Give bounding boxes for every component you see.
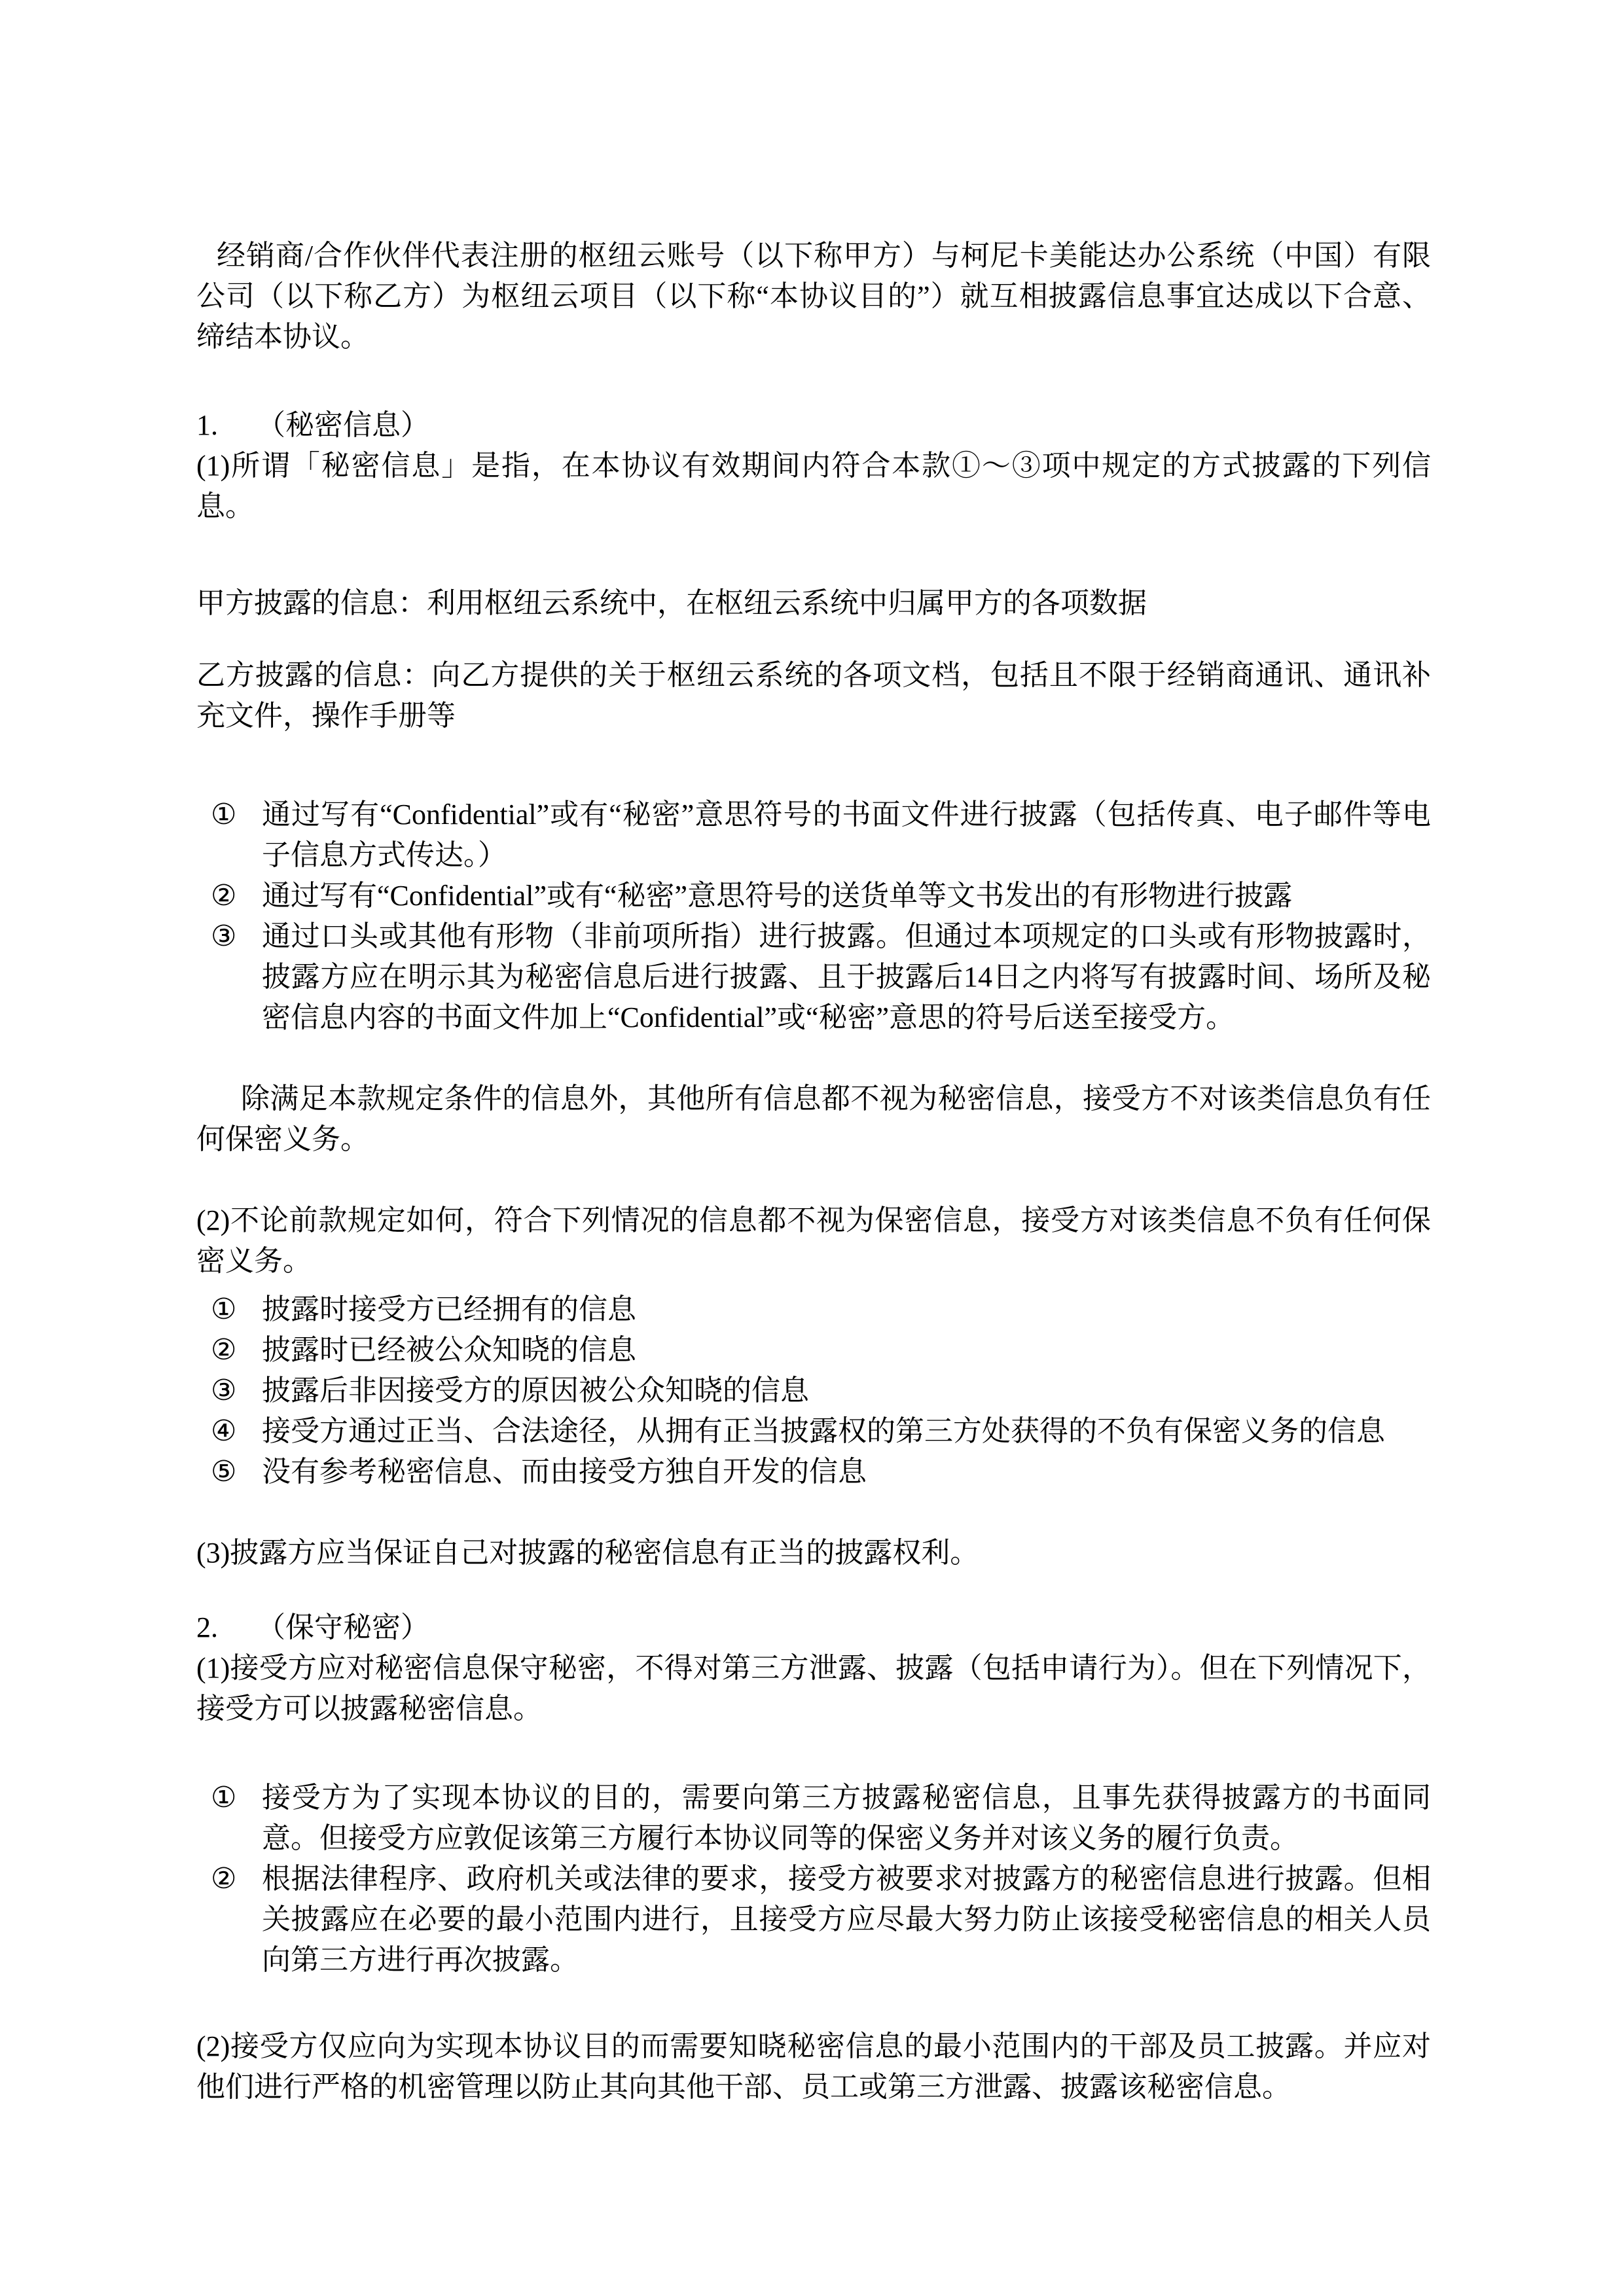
circled-number-marker: ③ [211, 916, 236, 957]
exception-text: 披露时接受方已经拥有的信息 [262, 1293, 636, 1325]
disclosure-method-list: ① 通过写有“Confidential”或有“秘密”意思符号的书面文件进行披露（… [196, 795, 1431, 1038]
exception-item: ③ 披露后非因接受方的原因被公众知晓的信息 [196, 1371, 1431, 1411]
section-1-number: 1. [196, 405, 257, 446]
section-2-number: 2. [196, 1607, 257, 1648]
disclosure-method-text: 通过写有“Confidential”或有“秘密”意思符号的书面文件进行披露（包括… [262, 798, 1431, 871]
party-b-disclosure: 乙方披露的信息：向乙方提供的关于枢纽云系统的各项文档，包括且不限于经销商通讯、通… [196, 655, 1431, 736]
disclosure-method-text: 通过写有“Confidential”或有“秘密”意思符号的送货单等文书发出的有形… [262, 880, 1292, 912]
circled-number-marker: ② [211, 876, 236, 916]
circled-number-marker: ② [211, 1859, 236, 1899]
section-2-title: （保守秘密） [257, 1611, 429, 1643]
permitted-disclosure-text: 根据法律程序、政府机关或法律的要求，接受方被要求对披露方的秘密信息进行披露。但相… [262, 1863, 1431, 1976]
intro-paragraph: 经销商/合作伙伴代表注册的枢纽云账号（以下称甲方）与柯尼卡美能达办公系统（中国）… [196, 236, 1431, 357]
permitted-disclosure-item: ② 根据法律程序、政府机关或法律的要求，接受方被要求对披露方的秘密信息进行披露。… [196, 1859, 1431, 1980]
section-1-title: （秘密信息） [257, 409, 429, 441]
exception-text: 披露时已经被公众知晓的信息 [262, 1334, 636, 1366]
exception-item: ④ 接受方通过正当、合法途径，从拥有正当披露权的第三方处获得的不负有保密义务的信… [196, 1411, 1431, 1452]
permitted-disclosure-item: ① 接受方为了实现本协议的目的，需要向第三方披露秘密信息，且事先获得披露方的书面… [196, 1778, 1431, 1859]
section-1-heading: 1.（秘密信息） [196, 405, 1431, 446]
permitted-disclosure-list: ① 接受方为了实现本协议的目的，需要向第三方披露秘密信息，且事先获得披露方的书面… [196, 1778, 1431, 1980]
clause-1-1: (1)所谓「秘密信息」是指，在本协议有效期间内符合本款①～③项中规定的方式披露的… [196, 446, 1431, 527]
exception-text: 接受方通过正当、合法途径，从拥有正当披露权的第三方处获得的不负有保密义务的信息 [262, 1415, 1385, 1447]
disclosure-method-text: 通过口头或其他有形物（非前项所指）进行披露。但通过本项规定的口头或有形物披露时，… [262, 920, 1431, 1033]
clause-2-1: (1)接受方应对秘密信息保守秘密，不得对第三方泄露、披露（包括申请行为）。但在下… [196, 1648, 1431, 1729]
circled-number-marker: ⑤ [211, 1452, 236, 1492]
circled-number-marker: ① [211, 1778, 236, 1818]
exception-item: ⑤ 没有参考秘密信息、而由接受方独自开发的信息 [196, 1452, 1431, 1492]
exception-item: ① 披露时接受方已经拥有的信息 [196, 1289, 1431, 1330]
exception-text: 没有参考秘密信息、而由接受方独自开发的信息 [262, 1456, 867, 1488]
clause-1-3: (3)披露方应当保证自己对披露的秘密信息有正当的披露权利。 [196, 1533, 1431, 1573]
exception-list: ① 披露时接受方已经拥有的信息 ② 披露时已经被公众知晓的信息 ③ 披露后非因接… [196, 1289, 1431, 1492]
circled-number-marker: ① [211, 1289, 236, 1330]
clause-2-2: (2)接受方仅应向为实现本协议目的而需要知晓秘密信息的最小范围内的干部及员工披露… [196, 2026, 1431, 2107]
circled-number-marker: ③ [211, 1371, 236, 1411]
circled-number-marker: ④ [211, 1411, 236, 1452]
exception-text: 披露后非因接受方的原因被公众知晓的信息 [262, 1374, 809, 1407]
clause-1-2: (2)不论前款规定如何，符合下列情况的信息都不视为保密信息，接受方对该类信息不负… [196, 1200, 1431, 1281]
disclosure-method-item: ③ 通过口头或其他有形物（非前项所指）进行披露。但通过本项规定的口头或有形物披露… [196, 916, 1431, 1038]
exclusion-note: 除满足本款规定条件的信息外，其他所有信息都不视为秘密信息，接受方不对该类信息负有… [196, 1079, 1431, 1160]
exception-item: ② 披露时已经被公众知晓的信息 [196, 1330, 1431, 1371]
disclosure-method-item: ② 通过写有“Confidential”或有“秘密”意思符号的送货单等文书发出的… [196, 876, 1431, 916]
section-2-heading: 2.（保守秘密） [196, 1607, 1431, 1648]
circled-number-marker: ① [211, 795, 236, 835]
circled-number-marker: ② [211, 1330, 236, 1371]
disclosure-method-item: ① 通过写有“Confidential”或有“秘密”意思符号的书面文件进行披露（… [196, 795, 1431, 876]
party-a-disclosure: 甲方披露的信息：利用枢纽云系统中，在枢纽云系统中归属甲方的各项数据 [196, 583, 1431, 624]
permitted-disclosure-text: 接受方为了实现本协议的目的，需要向第三方披露秘密信息，且事先获得披露方的书面同意… [262, 1782, 1431, 1854]
agreement-document: 经销商/合作伙伴代表注册的枢纽云账号（以下称甲方）与柯尼卡美能达办公系统（中国）… [196, 236, 1431, 2107]
